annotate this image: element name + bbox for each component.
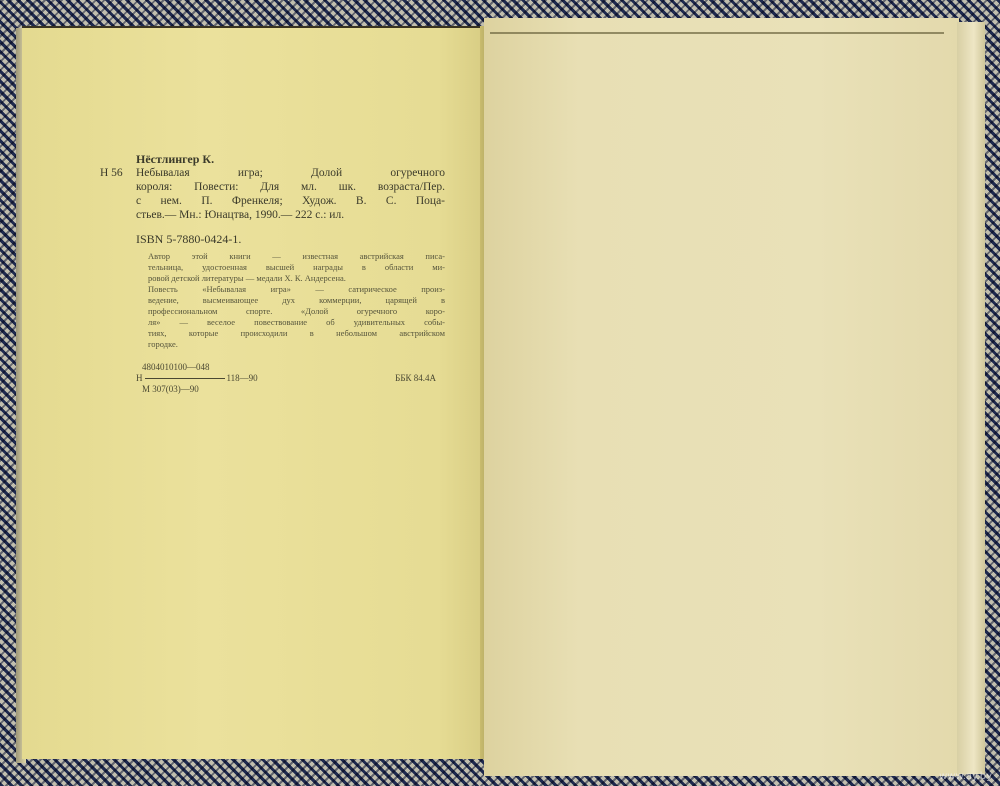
code-fraction-line: Н 118—90	[136, 373, 436, 384]
bib-line: короля: Повести: Для мл. шк. возраста/Пе…	[136, 180, 445, 194]
annotation-line: Повесть «Небывалая игра» — сатирическое …	[136, 284, 445, 295]
bib-line: Небывалая игра; Долой огуречного	[136, 166, 445, 180]
annotation-line: тельница, удостоенная высшей награды в о…	[136, 262, 445, 273]
bibliographic-entry: Н 56 Небывалая игра; Долой огуречного ко…	[100, 166, 445, 222]
code-numerator: 4804010100—048	[136, 362, 436, 373]
annotation-line: тиях, которые происходили в небольшом ав…	[136, 328, 445, 339]
annotation: Автор этой книги — известная австрийская…	[100, 251, 445, 350]
isbn: ISBN 5-7880-0424-1.	[100, 232, 445, 246]
author-name: Нёстлингер К.	[100, 152, 445, 166]
code-letter: Н	[136, 373, 143, 384]
annotation-line: ровой детской литературы — медали Х. К. …	[136, 273, 445, 284]
annotation-line: профессиональном спорте. «Долой огуречно…	[136, 306, 445, 317]
bib-line: стьев.— Мн.: Юнацтва, 1990.— 222 с.: ил.	[136, 208, 445, 222]
bib-line: с нем. П. Френкеля; Худож. В. С. Поца-	[136, 194, 445, 208]
bibliographic-description: Небывалая игра; Долой огуречного короля:…	[136, 166, 445, 222]
annotation-paragraph: Повесть «Небывалая игра» — сатирическое …	[136, 284, 445, 350]
imprint-block: Нёстлингер К. Н 56 Небывалая игра; Долой…	[100, 152, 445, 395]
right-page	[484, 18, 959, 776]
right-page-top-edge	[490, 32, 944, 34]
bbk-code: ББК 84.4А	[395, 373, 436, 384]
open-book	[22, 22, 980, 774]
right-page-edge	[957, 22, 985, 774]
annotation-paragraph: Автор этой книги — известная австрийская…	[136, 251, 445, 284]
fraction-rule	[145, 378, 225, 379]
classification-code: Н 56	[100, 166, 136, 222]
annotation-line: Автор этой книги — известная австрийская…	[136, 251, 445, 262]
annotation-line: ведение, высмеивающее дух коммерции, цар…	[136, 295, 445, 306]
annotation-line: городке.	[136, 339, 445, 350]
code-denominator: М 307(03)—90	[136, 384, 436, 395]
code-suffix: 118—90	[227, 373, 258, 384]
watermark: www.ay.by	[939, 771, 992, 782]
publication-codes: 4804010100—048 Н 118—90 М 307(03)—90 ББК…	[100, 362, 436, 395]
annotation-line: ля» — веселое повествование об удивитель…	[136, 317, 445, 328]
